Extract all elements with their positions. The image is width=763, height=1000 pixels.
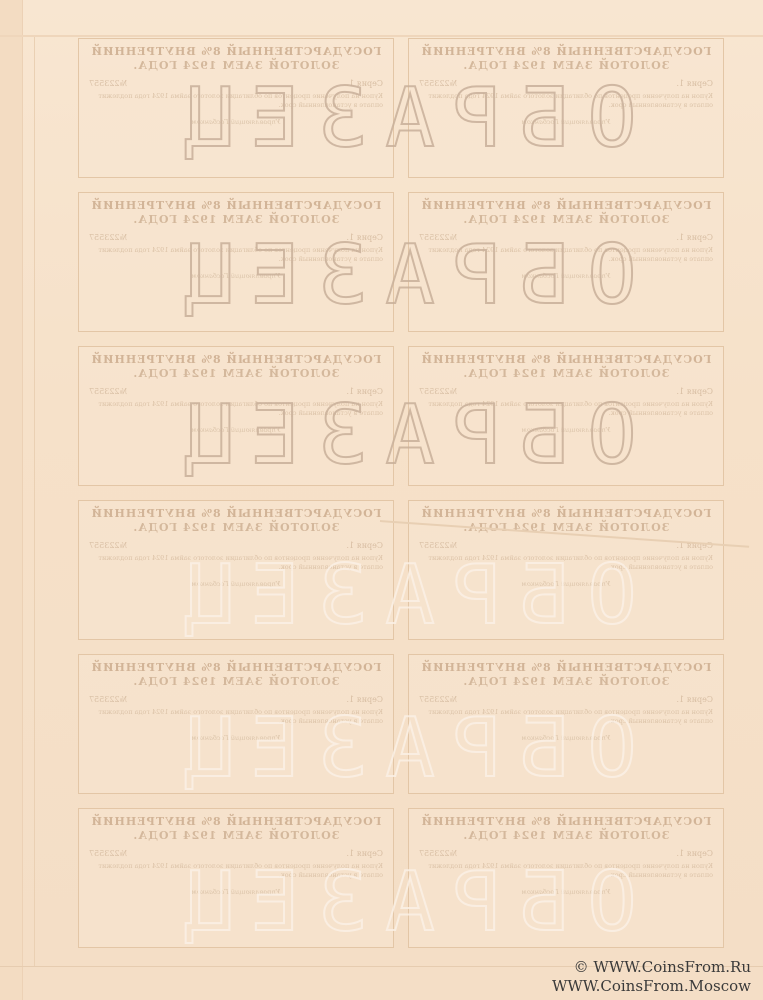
sheet-fold-line xyxy=(34,36,35,966)
coupon-title: ГОСУДАРСТВЕННЫЙ 8% ВНУТРЕННИЙ xyxy=(89,815,383,829)
perforation-specimen-2: ОБРАЗЕЦ xyxy=(78,235,724,315)
sheet-top-fold xyxy=(0,35,763,37)
coupon-title: ГОСУДАРСТВЕННЫЙ 8% ВНУТРЕННИЙ xyxy=(89,45,383,59)
coupon-number: №223557 xyxy=(89,695,127,704)
coupon-series: Серия 1. xyxy=(676,695,713,704)
coupon-subtitle: ЗОЛОТОЙ ЗАЕМ 1924 ГОДА. xyxy=(419,675,713,689)
coupon-subtitle: ЗОЛОТОЙ ЗАЕМ 1924 ГОДА. xyxy=(89,829,383,843)
coupon-title: ГОСУДАРСТВЕННЫЙ 8% ВНУТРЕННИЙ xyxy=(419,199,713,213)
coupon-title: ГОСУДАРСТВЕННЫЙ 8% ВНУТРЕННИЙ xyxy=(89,353,383,367)
coupon-title: ГОСУДАРСТВЕННЫЙ 8% ВНУТРЕННИЙ xyxy=(419,353,713,367)
watermark: © WWW.CoinsFrom.Ru WWW.CoinsFrom.Moscow xyxy=(552,958,751,996)
coupon-subtitle: ЗОЛОТОЙ ЗАЕМ 1924 ГОДА. xyxy=(89,675,383,689)
perforation-specimen-6: ОБРАЗЕЦ xyxy=(78,862,724,942)
coupon-number: №223557 xyxy=(89,849,127,858)
coupon-grid: ГОСУДАРСТВЕННЫЙ 8% ВНУТРЕННИЙ ЗОЛОТОЙ ЗА… xyxy=(78,38,724,948)
sheet-left-margin xyxy=(0,0,23,1000)
watermark-line-2: WWW.CoinsFrom.Moscow xyxy=(552,977,751,996)
coupon-number: №223557 xyxy=(89,541,127,550)
coupon-subtitle: ЗОЛОТОЙ ЗАЕМ 1924 ГОДА. xyxy=(89,367,383,381)
coupon-title: ГОСУДАРСТВЕННЫЙ 8% ВНУТРЕННИЙ xyxy=(419,661,713,675)
coupon-title: ГОСУДАРСТВЕННЫЙ 8% ВНУТРЕННИЙ xyxy=(419,507,713,521)
watermark-line-1: © WWW.CoinsFrom.Ru xyxy=(552,958,751,977)
perforation-specimen-1: ОБРАЗЕЦ xyxy=(78,78,724,158)
coupon-title: ГОСУДАРСТВЕННЫЙ 8% ВНУТРЕННИЙ xyxy=(419,815,713,829)
coupon-series: Серия 1. xyxy=(676,849,713,858)
coupon-subtitle: ЗОЛОТОЙ ЗАЕМ 1924 ГОДА. xyxy=(419,213,713,227)
coupon-subtitle: ЗОЛОТОЙ ЗАЕМ 1924 ГОДА. xyxy=(89,213,383,227)
coupon-title: ГОСУДАРСТВЕННЫЙ 8% ВНУТРЕННИЙ xyxy=(89,661,383,675)
coupon-subtitle: ЗОЛОТОЙ ЗАЕМ 1924 ГОДА. xyxy=(419,829,713,843)
specimen-sheet: ГОСУДАРСТВЕННЫЙ 8% ВНУТРЕННИЙ ЗОЛОТОЙ ЗА… xyxy=(0,0,763,1000)
coupon-title: ГОСУДАРСТВЕННЫЙ 8% ВНУТРЕННИЙ xyxy=(89,507,383,521)
coupon-title: ГОСУДАРСТВЕННЫЙ 8% ВНУТРЕННИЙ xyxy=(419,45,713,59)
perforation-specimen-4: ОБРАЗЕЦ xyxy=(78,555,724,635)
coupon-subtitle: ЗОЛОТОЙ ЗАЕМ 1924 ГОДА. xyxy=(89,521,383,535)
perforation-specimen-5: ОБРАЗЕЦ xyxy=(78,708,724,788)
coupon-title: ГОСУДАРСТВЕННЫЙ 8% ВНУТРЕННИЙ xyxy=(89,199,383,213)
coupon-subtitle: ЗОЛОТОЙ ЗАЕМ 1924 ГОДА. xyxy=(419,367,713,381)
perforation-specimen-3: ОБРАЗЕЦ xyxy=(78,395,724,475)
